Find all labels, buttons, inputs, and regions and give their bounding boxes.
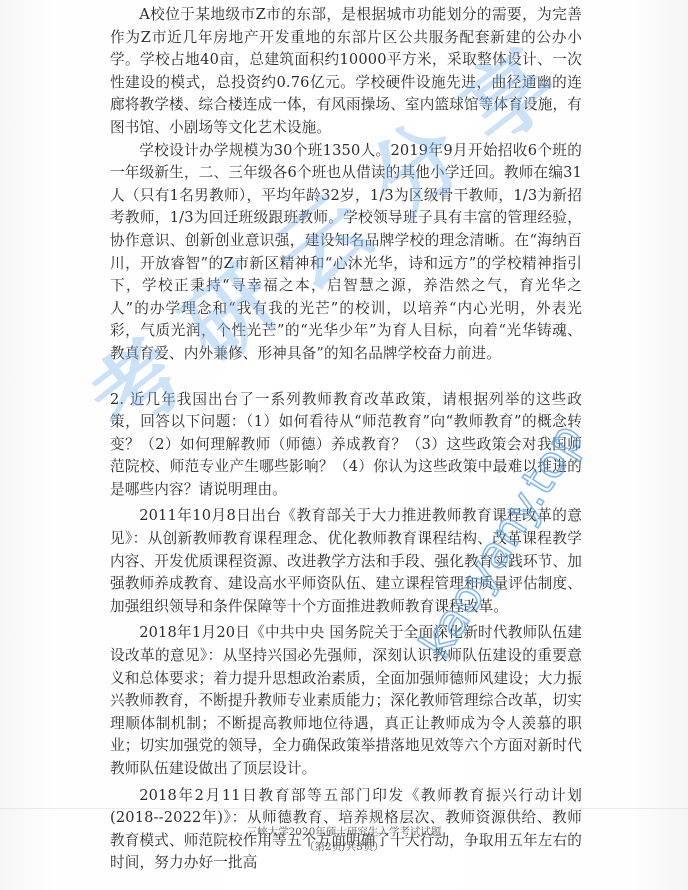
paragraph-case-intro: A校位于某地级市Z市的东部，是根据城市功能划分的需要，为完善作为Z市近几年房地产… xyxy=(110,4,582,140)
document-body: A校位于某地级市Z市的东部，是根据城市功能划分的需要，为完善作为Z市近几年房地产… xyxy=(110,4,582,875)
paragraph-case-scale: 学校设计办学规模为30个班1350人。2019年9月开始招收6个班的一年级新生，… xyxy=(110,140,582,366)
question-2-prompt: 2. 近几年我国出台了一系列教师教育改革政策，请根据列举的这些政策，回答以下问题… xyxy=(110,389,582,502)
footer-exam-title: 三峡大学2020年硕士研究生入学考试试题 xyxy=(0,825,688,840)
exam-page: A校位于某地级市Z市的东部，是根据城市功能划分的需要，为完善作为Z市近几年房地产… xyxy=(0,0,688,890)
page-footer: 三峡大学2020年硕士研究生入学考试试题 （第2页/共3页） xyxy=(0,825,688,855)
paragraph-policy-2011: 2011年10月8日出台《教育部关于大力推进教师教育课程改革的意见》：从创新教师… xyxy=(110,505,582,618)
spacer xyxy=(110,366,582,389)
paragraph-policy-2018-jan: 2018年1月20日《中共中央 国务院关于全面深化新时代教师队伍建设改革的意见》… xyxy=(110,622,582,780)
footer-page-number: （第2页/共3页） xyxy=(0,840,688,855)
